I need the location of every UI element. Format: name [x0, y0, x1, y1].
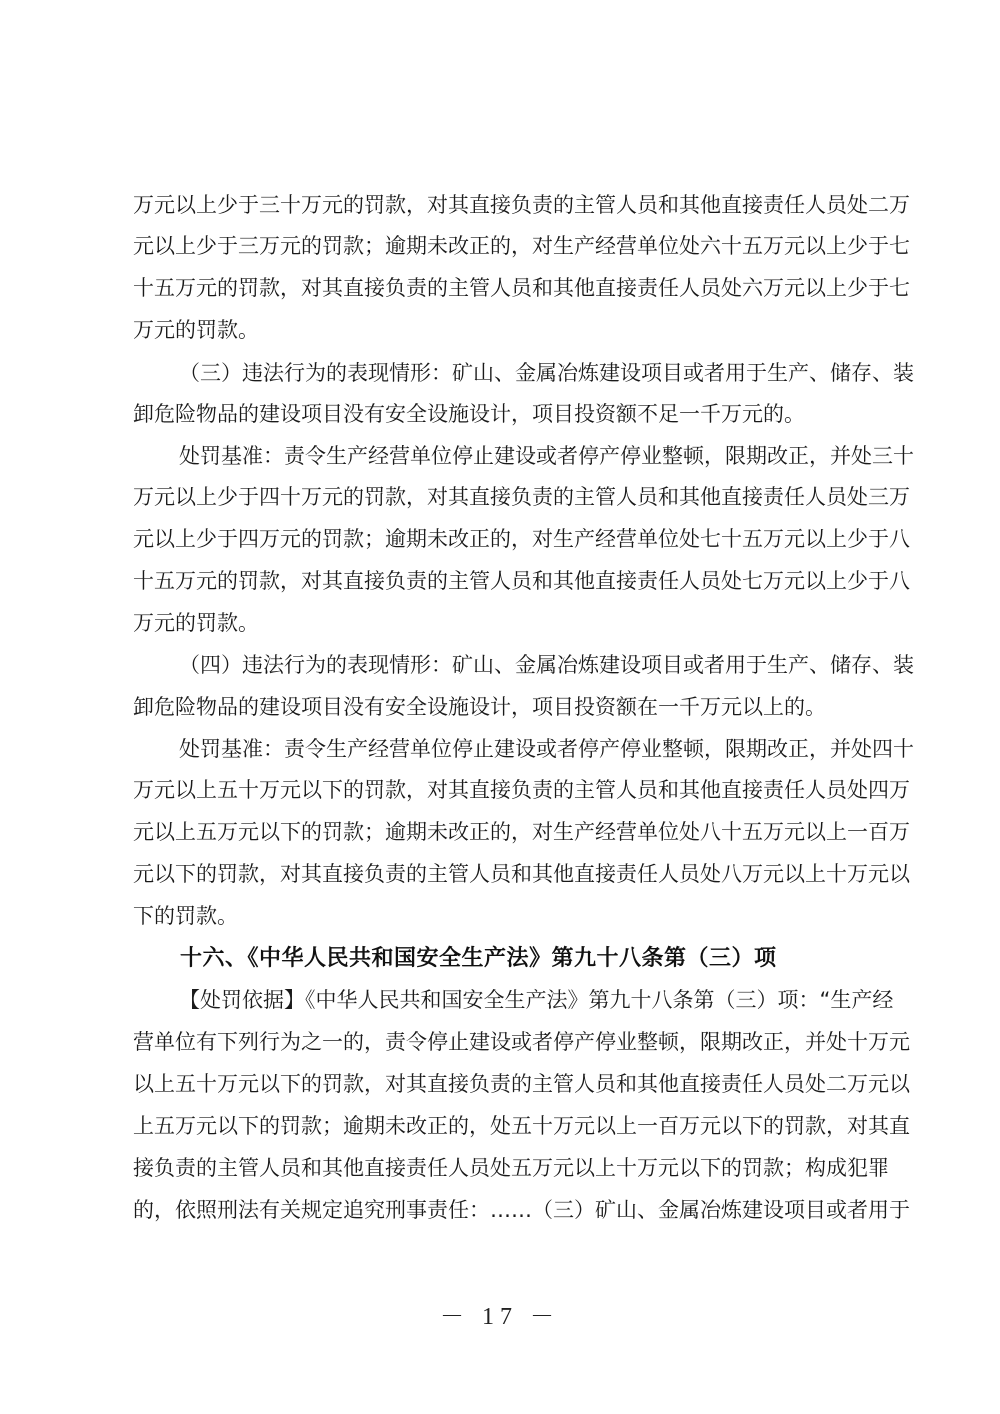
text-line: 元以下的罚款，对其直接负责的主管人员和其他直接责任人员处八万元以上十万元以 [133, 859, 875, 889]
text-line: 处罚基准：责令生产经营单位停止建设或者停产停业整顿，限期改正，并处四十 [179, 734, 875, 764]
text-line: 元以上少于四万元的罚款；逾期未改正的，对生产经营单位处七十五万元以上少于八 [133, 524, 875, 554]
text-line: 元以上五万元以下的罚款；逾期未改正的，对生产经营单位处八十五万元以上一百万 [133, 817, 875, 847]
text-line: 营单位有下列行为之一的，责令停止建设或者停产停业整顿，限期改正，并处十万元 [133, 1027, 875, 1057]
section-heading: 十六、《中华人民共和国安全生产法》第九十八条第（三）项 [180, 941, 820, 975]
page-number: － 17 － [0, 1296, 1000, 1331]
text-line: 卸危险物品的建设项目没有安全设施设计，项目投资额不足一千万元的。 [133, 399, 875, 429]
text-line: 元以上少于三万元的罚款；逾期未改正的，对生产经营单位处六十五万元以上少于七 [133, 231, 875, 261]
text-line: 的，依照刑法有关规定追究刑事责任：……（三）矿山、金属冶炼建设项目或者用于 [133, 1195, 875, 1225]
text-line: 万元以上少于三十万元的罚款，对其直接负责的主管人员和其他直接责任人员处二万 [133, 190, 875, 220]
text-line: 十五万元的罚款，对其直接负责的主管人员和其他直接责任人员处七万元以上少于八 [133, 566, 875, 596]
text-line: 【处罚依据】《中华人民共和国安全生产法》第九十八条第（三）项：“生产经 [179, 985, 875, 1015]
text-line: 万元以上五十万元以下的罚款，对其直接负责的主管人员和其他直接责任人员处四万 [133, 775, 875, 805]
text-line: 处罚基准：责令生产经营单位停止建设或者停产停业整顿，限期改正，并处三十 [179, 441, 875, 471]
text-line: （三）违法行为的表现情形：矿山、金属冶炼建设项目或者用于生产、储存、装 [179, 358, 875, 388]
document-page: 万元以上少于三十万元的罚款，对其直接负责的主管人员和其他直接责任人员处二万 元以… [0, 0, 1000, 1414]
text-line: 接负责的主管人员和其他直接责任人员处五万元以上十万元以下的罚款；构成犯罪 [133, 1153, 875, 1183]
text-line: 十五万元的罚款，对其直接负责的主管人员和其他直接责任人员处六万元以上少于七 [133, 273, 875, 303]
text-line: 卸危险物品的建设项目没有安全设施设计，项目投资额在一千万元以上的。 [133, 692, 875, 722]
text-line: （四）违法行为的表现情形：矿山、金属冶炼建设项目或者用于生产、储存、装 [179, 650, 875, 680]
text-line: 万元以上少于四十万元的罚款，对其直接负责的主管人员和其他直接责任人员处三万 [133, 482, 875, 512]
text-line: 万元的罚款。 [133, 608, 875, 638]
text-line: 万元的罚款。 [133, 315, 875, 345]
text-line: 下的罚款。 [133, 901, 875, 931]
text-line: 上五万元以下的罚款；逾期未改正的，处五十万元以上一百万元以下的罚款，对其直 [133, 1111, 875, 1141]
text-line: 以上五十万元以下的罚款，对其直接负责的主管人员和其他直接责任人员处二万元以 [133, 1069, 875, 1099]
